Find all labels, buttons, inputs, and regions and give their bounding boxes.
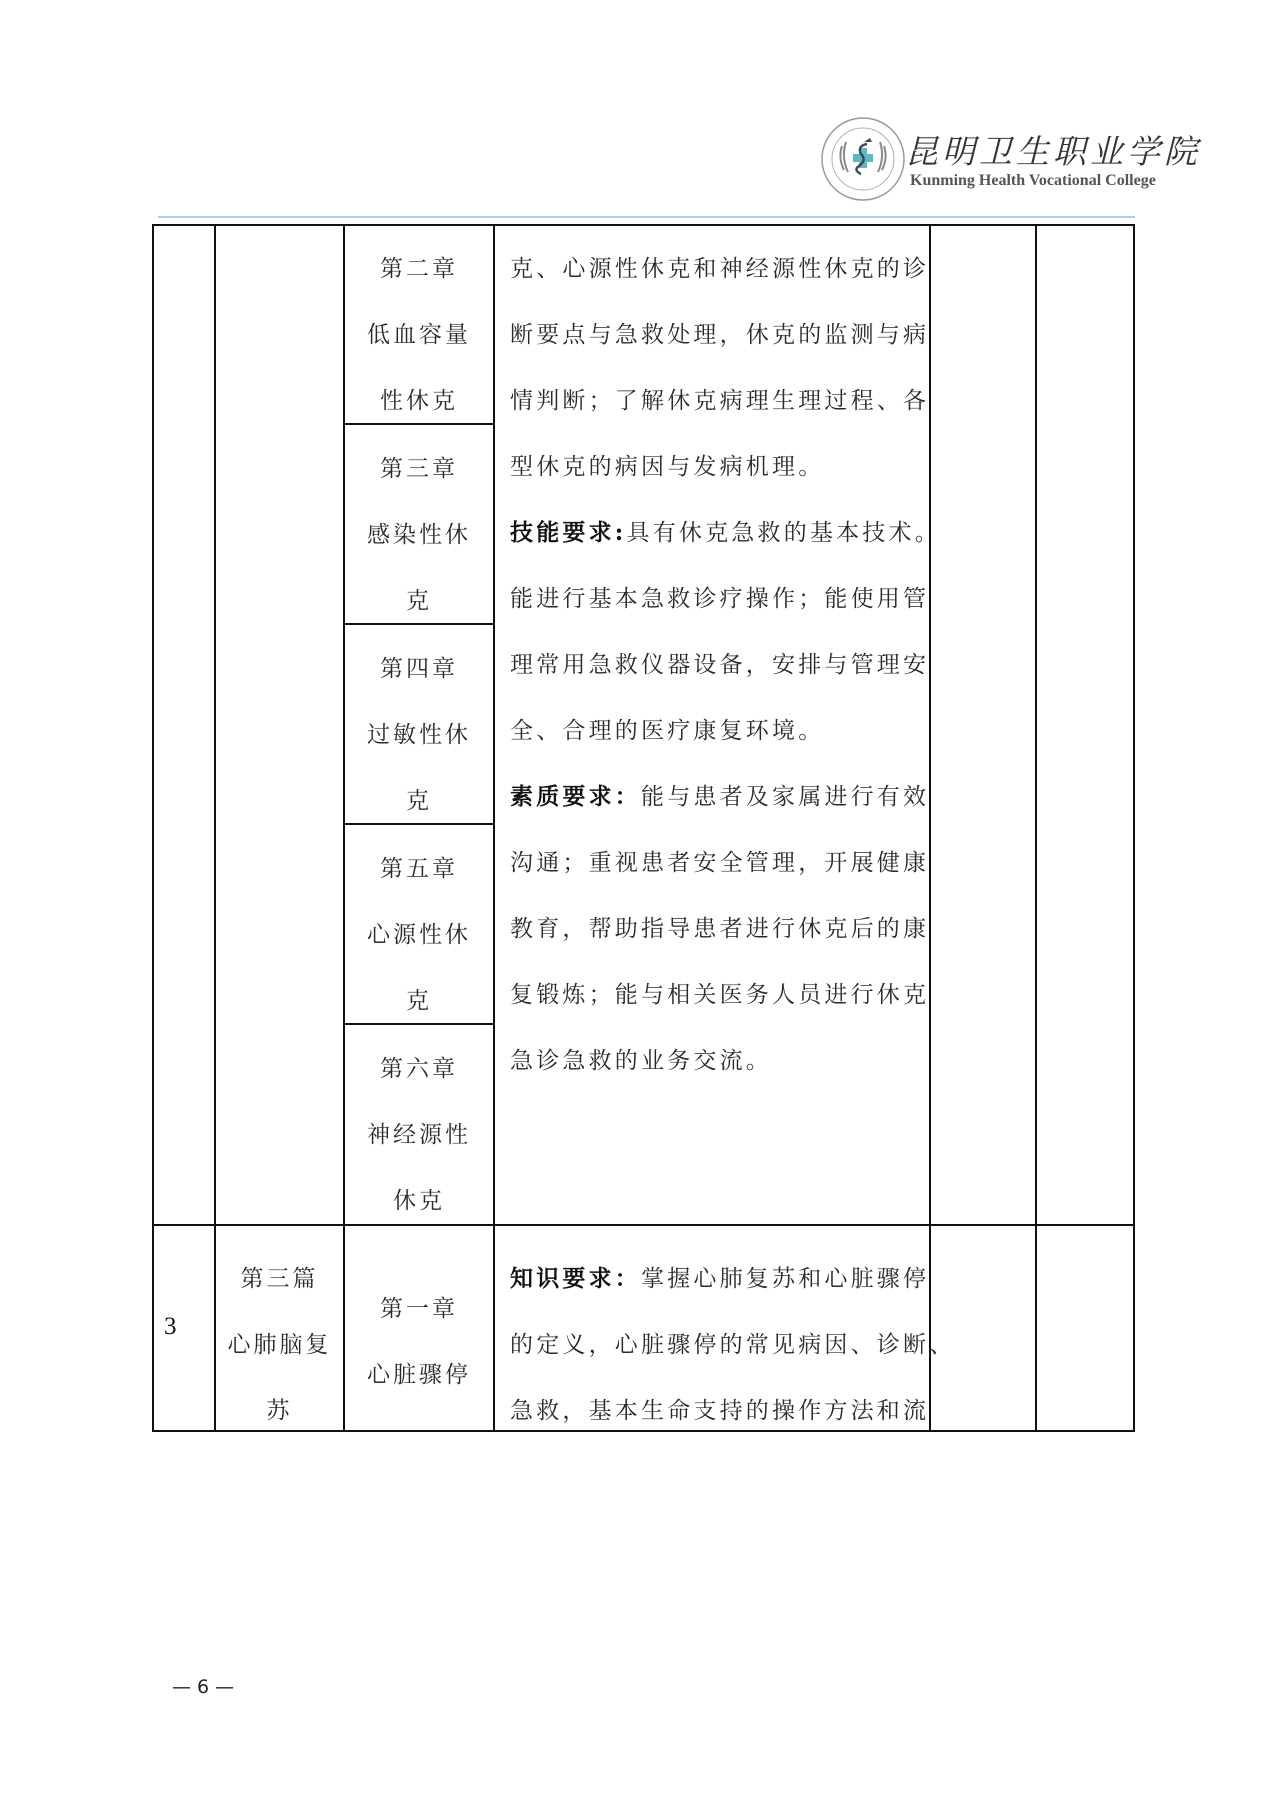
quality-requirement-line: 素质要求：能与患者及家属进行有效 (510, 764, 930, 830)
requirement-line: 复锻炼；能与相关医务人员进行休克 (510, 962, 930, 1028)
chapter-cell: 第二章 低血容量 性休克 (345, 236, 493, 434)
part-cell: 第三篇 心肺脑复 苏 (216, 1246, 343, 1444)
chapter-title: 第三章 (345, 436, 493, 502)
skill-requirement-line: 技能要求:具有休克急救的基本技术。 (510, 500, 930, 566)
chapter-name: 性休克 (345, 368, 493, 434)
table-col-divider (1035, 224, 1037, 1432)
chapter-name: 感染性休 (345, 502, 493, 568)
knowledge-requirement-label: 知识要求： (510, 1265, 641, 1292)
chapter-cell: 第四章 过敏性休 克 (345, 636, 493, 834)
requirement-line: 型休克的病因与发病机理。 (510, 434, 930, 500)
college-emblem-icon (820, 116, 906, 202)
requirement-line: 全、合理的医疗康复环境。 (510, 698, 930, 764)
part-name: 心肺脑复 (216, 1312, 343, 1378)
requirement-line: 沟通；重视患者安全管理，开展健康 (510, 830, 930, 896)
requirement-line: 断要点与急救处理，休克的监测与病 (510, 302, 930, 368)
requirements-cell: 克、心源性休克和神经源性休克的诊 断要点与急救处理，休克的监测与病 情判断；了解… (510, 236, 930, 1094)
chapter-name: 心源性休 (345, 902, 493, 968)
chapter-title: 第四章 (345, 636, 493, 702)
requirement-line: 情判断；了解休克病理生理过程、各 (510, 368, 930, 434)
chapter-name: 心脏骤停 (345, 1342, 493, 1408)
table-row-divider (152, 1224, 1135, 1226)
requirement-line: 急救，基本生命支持的操作方法和流 (510, 1378, 930, 1444)
college-name-cn: 昆明卫生职业学院 (905, 126, 1201, 173)
quality-requirement-label: 素质要求： (510, 783, 641, 810)
requirement-line: 克、心源性休克和神经源性休克的诊 (510, 236, 930, 302)
chapter-cell: 第六章 神经源性 休克 (345, 1036, 493, 1234)
chapter-cell: 第三章 感染性休 克 (345, 436, 493, 634)
chapter-name: 克 (345, 768, 493, 834)
part-title: 第三篇 (216, 1246, 343, 1312)
page-number: — 6 — (172, 1676, 234, 1698)
table-border-top (152, 224, 1135, 226)
table-col-divider (493, 224, 495, 1432)
chapter-cell: 第一章 心脏骤停 (345, 1276, 493, 1408)
chapter-title: 第五章 (345, 836, 493, 902)
table-border-left (152, 224, 154, 1432)
knowledge-requirement-line: 知识要求：掌握心肺复苏和心脏骤停 (510, 1246, 930, 1312)
chapter-title: 第一章 (345, 1276, 493, 1342)
requirement-line: 急诊急救的业务交流。 (510, 1028, 930, 1094)
chapter-cell: 第五章 心源性休 克 (345, 836, 493, 1034)
chapter-name: 休克 (345, 1168, 493, 1234)
table-border-right (1133, 224, 1135, 1432)
row-number: 3 (164, 1313, 177, 1341)
requirements-cell: 知识要求：掌握心肺复苏和心脏骤停 的定义，心脏骤停的常见病因、诊断、 急救，基本… (510, 1246, 930, 1444)
chapter-name: 克 (345, 568, 493, 634)
requirement-line: 的定义，心脏骤停的常见病因、诊断、 (510, 1312, 930, 1378)
chapter-name: 过敏性休 (345, 702, 493, 768)
requirement-line: 理常用急救仪器设备，安排与管理安 (510, 632, 930, 698)
chapter-name: 低血容量 (345, 302, 493, 368)
college-name-en: Kunming Health Vocational College (910, 172, 1156, 190)
requirement-line: 教育，帮助指导患者进行休克后的康 (510, 896, 930, 962)
requirement-line: 能进行基本急救诊疗操作；能使用管 (510, 566, 930, 632)
chapter-title: 第六章 (345, 1036, 493, 1102)
chapter-name: 克 (345, 968, 493, 1034)
skill-requirement-label: 技能要求: (510, 519, 627, 546)
chapter-title: 第二章 (345, 236, 493, 302)
chapter-name: 神经源性 (345, 1102, 493, 1168)
part-name: 苏 (216, 1378, 343, 1444)
header-divider (158, 216, 1135, 218)
